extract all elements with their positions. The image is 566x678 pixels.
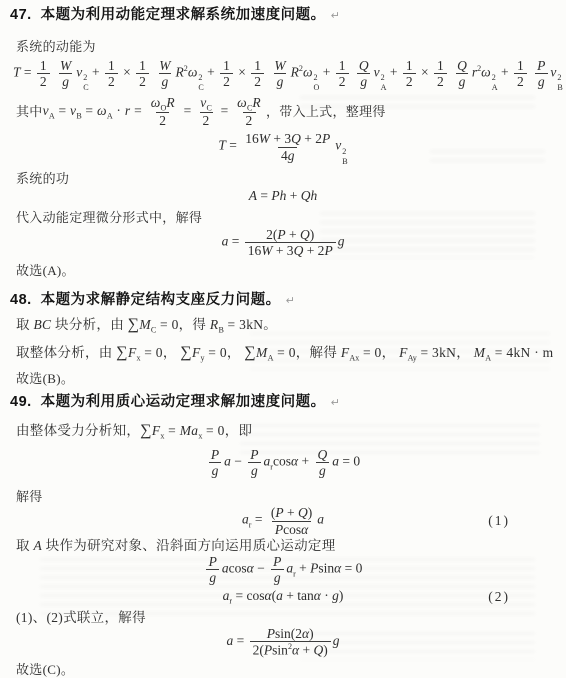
q47-eq-simplified-T-math: T = 16W + 3Q + 2P4gv2B bbox=[218, 131, 347, 166]
q48-heading: 48.本题为求解静定结构支座反力问题。↵ bbox=[10, 290, 556, 311]
q47-heading: 47.本题为利用动能定理求解系统加速度问题。↵ bbox=[10, 5, 556, 26]
q48-number: 48. bbox=[10, 292, 32, 308]
q49-line-force-analysis-math: 由整体受力分析知，∑Fx = Max = 0，即 bbox=[16, 423, 252, 438]
q49-heading-text: 本题为利用质心运动定理求解加速度问题。 bbox=[41, 394, 326, 410]
q47-line-kinetic-energy: 系统的动能为 bbox=[10, 38, 556, 55]
q49-line-combine: (1)、(2)式联立，解得 bbox=[10, 609, 556, 626]
q49-line-combine-math: (1)、(2)式联立，解得 bbox=[16, 610, 146, 625]
q47-answer: 故选(A)。 bbox=[10, 262, 556, 279]
q48-line-bc-analysis-math: 取 BC 块分析，由 ∑MC = 0，得 RB = 3kN。 bbox=[16, 317, 277, 332]
paragraph-return-icon: ↵ bbox=[286, 295, 296, 307]
q49-number: 49. bbox=[10, 394, 32, 410]
q48-heading-text: 本题为求解静定结构支座反力问题。 bbox=[41, 292, 281, 308]
q47-eq-acceleration: a = 2(P + Q)16W + 3Q + 2Pg bbox=[10, 227, 556, 258]
q49-heading: 49.本题为利用质心运动定理求解加速度问题。↵ bbox=[10, 392, 556, 413]
q49-eq-relative-acceleration: ar = (P + Q)Pcosαa (1) bbox=[10, 505, 556, 536]
q47-where-math: vA = vB = ωA · r = ωOR2 = vC2 = ωCR2 bbox=[43, 95, 266, 129]
q49-eq-relative-acceleration-2: ar = cosα(a + tanα · g) (2) bbox=[10, 588, 556, 606]
q47-line-where: 其中 vA = vB = ωA · r = ωOR2 = vC2 = ωCR2 … bbox=[10, 95, 556, 129]
q47-eq-acceleration-math: a = 2(P + Q)16W + 3Q + 2Pg bbox=[222, 227, 345, 258]
q48-line-whole-analysis-math: 取整体分析，由 ∑Fx = 0， ∑Fy = 0， ∑MA = 0，解得 FAx… bbox=[16, 345, 553, 360]
q49-eq-final-acceleration: a = Psin(2α)2(Psin2α + Q)g bbox=[10, 626, 556, 658]
q47-heading-text: 本题为利用动能定理求解系统加速度问题。 bbox=[41, 7, 326, 23]
q47-eq-work-math: A = Ph + Qh bbox=[249, 188, 318, 204]
q47-line-work: 系统的功 bbox=[10, 170, 556, 187]
q49-line-solve: 解得 bbox=[10, 488, 556, 505]
paragraph-return-icon: ↵ bbox=[331, 10, 341, 22]
question-48-solution: 48.本题为求解静定结构支座反力问题。↵ 取 BC 块分析，由 ∑MC = 0，… bbox=[10, 290, 556, 386]
q49-line-block-a-math: 取 A 块作为研究对象、沿斜面方向运用质心运动定理 bbox=[16, 538, 336, 553]
q49-eq-incline-direction: Pgacosα − Pgar + Psinα = 0 bbox=[10, 554, 556, 585]
q47-where-prefix: 其中 bbox=[16, 103, 43, 120]
q48-answer: 故选(B)。 bbox=[10, 370, 556, 387]
q48-line-whole-analysis: 取整体分析，由 ∑Fx = 0， ∑Fy = 0， ∑MA = 0，解得 FAx… bbox=[10, 342, 556, 369]
q49-eq-incline-direction-math: Pgacosα − Pgar + Psinα = 0 bbox=[204, 554, 363, 585]
scanned-document-page: 47.本题为利用动能定理求解系统加速度问题。↵ 系统的动能为 T = 12 Wg… bbox=[0, 0, 566, 678]
q47-where-suffix: ，带入上式，整理得 bbox=[266, 103, 386, 120]
q49-line-block-a: 取 A 块作为研究对象、沿斜面方向运用质心运动定理 bbox=[10, 537, 556, 554]
q47-eq-work: A = Ph + Qh bbox=[10, 188, 556, 204]
q47-eq-kinetic-energy-math: T = 12 Wgv2C + 12 × 12 WgR2ω2C + 12 × 12… bbox=[13, 58, 563, 93]
q47-number: 47. bbox=[10, 7, 32, 23]
q49-answer: 故选(C)。 bbox=[10, 661, 556, 678]
q48-line-bc-analysis: 取 BC 块分析，由 ∑MC = 0，得 RB = 3kN。 bbox=[10, 314, 556, 341]
q49-line-force-analysis: 由整体受力分析知，∑Fx = Max = 0，即 bbox=[10, 421, 556, 447]
question-49-solution: 49.本题为利用质心运动定理求解加速度问题。↵ 由整体受力分析知，∑Fx = M… bbox=[10, 392, 556, 678]
q49-eq-momentum-x-math: Pga − Pgarcosα + Qga = 0 bbox=[206, 447, 360, 478]
paragraph-return-icon: ↵ bbox=[331, 397, 341, 409]
q47-eq-simplified-T: T = 16W + 3Q + 2P4gv2B bbox=[10, 131, 556, 166]
q49-eq-tag-2: (2) bbox=[488, 589, 510, 605]
q49-eq-relative-acceleration-2-math: ar = cosα(a + tanα · g) bbox=[223, 588, 344, 606]
q49-eq-final-acceleration-math: a = Psin(2α)2(Psin2α + Q)g bbox=[227, 626, 340, 658]
q49-eq-relative-acceleration-math: ar = (P + Q)Pcosαa bbox=[242, 505, 324, 536]
question-47-solution: 47.本题为利用动能定理求解系统加速度问题。↵ 系统的动能为 T = 12 Wg… bbox=[10, 5, 556, 279]
q47-line-substitute: 代入动能定理微分形式中，解得 bbox=[10, 209, 556, 226]
q47-eq-kinetic-energy: T = 12 Wgv2C + 12 × 12 WgR2ω2C + 12 × 12… bbox=[10, 58, 556, 93]
q49-eq-momentum-x: Pga − Pgarcosα + Qga = 0 bbox=[10, 447, 556, 478]
q49-eq-tag-1: (1) bbox=[488, 513, 510, 529]
